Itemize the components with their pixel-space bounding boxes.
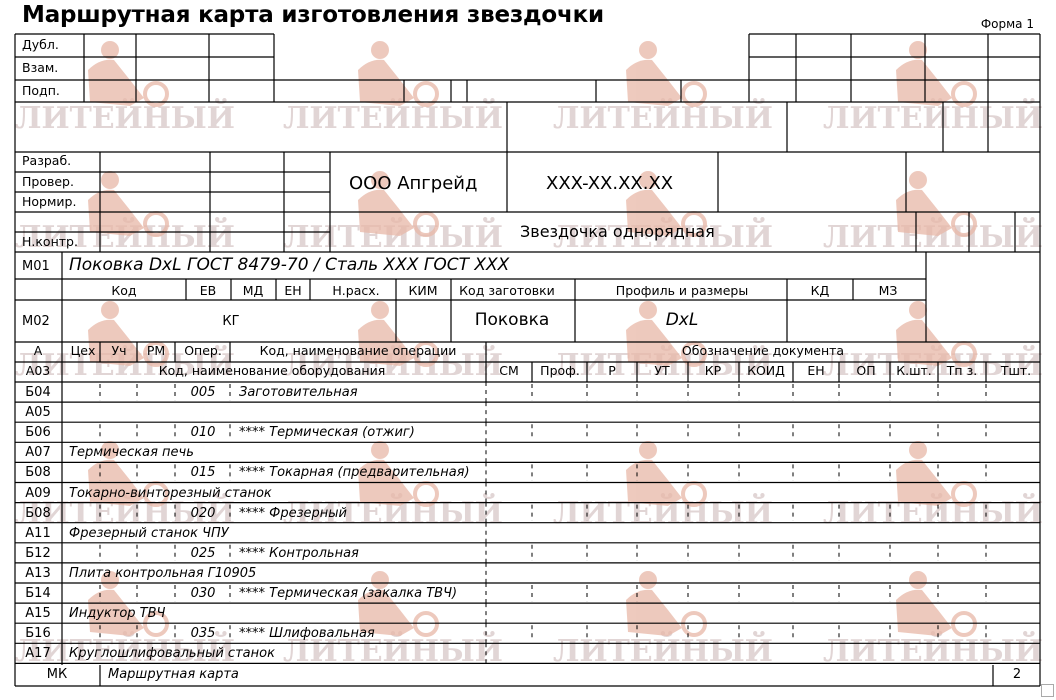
eq-col-10: Тшт.: [1001, 365, 1031, 378]
eq-col-9: Тп з.: [947, 365, 977, 378]
col-profile: Профиль и размеры: [616, 285, 748, 298]
row-op-name: **** Фрезерный: [239, 507, 347, 520]
eq-col-2: Р: [608, 365, 616, 378]
col-shop: Цех: [71, 345, 96, 358]
part-name: Звездочка однорядная: [520, 224, 715, 240]
row-op-name: **** Термическая (закалка ТВЧ): [239, 587, 457, 600]
m02-blank-code: Поковка: [475, 312, 550, 329]
row-equipment-name: Плита контрольная Г10905: [69, 567, 256, 580]
row-equipment-name: Термическая печь: [69, 446, 194, 459]
eq-col-4: КР: [705, 365, 721, 378]
label-prover: Провер.: [22, 176, 74, 189]
col-workplace: РМ: [147, 345, 165, 358]
eq-col-1: Проф.: [540, 365, 580, 378]
row-code: А11: [25, 527, 50, 540]
label-razrab: Разраб.: [22, 155, 71, 168]
row-op-name: Заготовительная: [239, 386, 358, 399]
eq-code: А03: [26, 365, 50, 378]
row-code: А07: [25, 446, 50, 459]
row-equipment-name: Токарно-винторезный станок: [69, 487, 272, 500]
eq-col-7: ОП: [856, 365, 875, 378]
row-code: А09: [25, 487, 50, 500]
row-code: А13: [25, 567, 50, 580]
footer-code: МК: [47, 668, 67, 681]
row-op-name: **** Токарная (предварительная): [239, 466, 470, 479]
row-equipment-name: Фрезерный станок ЧПУ: [69, 527, 229, 540]
eq-col-3: УТ: [654, 365, 669, 378]
col-area: Уч: [111, 345, 126, 358]
label-vzam: Взам.: [22, 62, 58, 75]
row-code: А05: [25, 406, 50, 419]
col-mz: МЗ: [879, 285, 898, 298]
row-code: Б08: [25, 466, 50, 479]
col-kd: КД: [811, 285, 830, 298]
col-en: ЕН: [284, 285, 301, 298]
m02-profile: DxL: [666, 312, 699, 329]
organization-name: ООО Апгрейд: [349, 175, 477, 193]
col-op-name: Код, наименование операции: [260, 345, 457, 358]
row-op-name: **** Контрольная: [239, 547, 359, 560]
row-code: Б12: [25, 547, 50, 560]
row-code: Б08: [25, 507, 50, 520]
col-a: А: [34, 345, 43, 358]
row-op-number: 035: [191, 627, 216, 640]
label-podp: Подп.: [22, 85, 60, 98]
row-op-number: 030: [191, 587, 216, 600]
row-op-name: **** Шлифовальная: [239, 627, 375, 640]
eq-name-header: Код, наименование оборудования: [159, 365, 385, 378]
row-equipment-name: Круглошлифовальный станок: [69, 647, 275, 660]
corner-checkbox: [1041, 684, 1054, 697]
m02-unit: КГ: [222, 315, 239, 328]
row-equipment-name: Индуктор ТВЧ: [69, 607, 165, 620]
row-code: Б16: [25, 627, 50, 640]
m01-code: М01: [22, 260, 50, 273]
row-op-number: 025: [191, 547, 216, 560]
label-nkontr: Н.контр.: [22, 236, 78, 249]
eq-col-8: К.шт.: [896, 365, 932, 378]
document-code: XXX-XX.XX.XX: [546, 175, 673, 193]
row-op-name: **** Термическая (отжиг): [239, 426, 415, 439]
m02-code: М02: [22, 315, 50, 328]
m01-material: Поковка DxL ГОСТ 8479-70 / Сталь XXX ГОС…: [69, 257, 509, 274]
col-kim: КИМ: [408, 285, 437, 298]
form-label: Форма 1: [981, 18, 1034, 30]
page-title: Маршрутная карта изготовления звездочки: [22, 4, 604, 27]
row-code: А15: [25, 607, 50, 620]
col-kod: Код: [111, 285, 136, 298]
row-code: Б06: [25, 426, 50, 439]
footer-name: Маршрутная карта: [108, 668, 239, 681]
row-code: Б14: [25, 587, 50, 600]
col-ev: ЕВ: [200, 285, 216, 298]
row-op-number: 005: [191, 386, 216, 399]
eq-col-6: ЕН: [807, 365, 824, 378]
label-dubl: Дубл.: [22, 39, 59, 52]
row-code: А17: [25, 647, 50, 660]
col-doc: Обозначение документа: [682, 345, 844, 358]
row-op-number: 020: [191, 507, 216, 520]
row-op-number: 015: [191, 466, 216, 479]
page-number: 2: [1013, 668, 1021, 681]
eq-col-0: СМ: [499, 365, 519, 378]
col-md: МД: [243, 285, 264, 298]
col-op: Опер.: [184, 345, 222, 358]
row-op-number: 010: [191, 426, 216, 439]
col-kod-zagotovki: Код заготовки: [459, 285, 555, 298]
label-normir: Нормир.: [22, 196, 76, 209]
row-code: Б04: [25, 386, 50, 399]
col-nrash: Н.расх.: [332, 285, 379, 298]
eq-col-5: КОИД: [747, 365, 785, 378]
